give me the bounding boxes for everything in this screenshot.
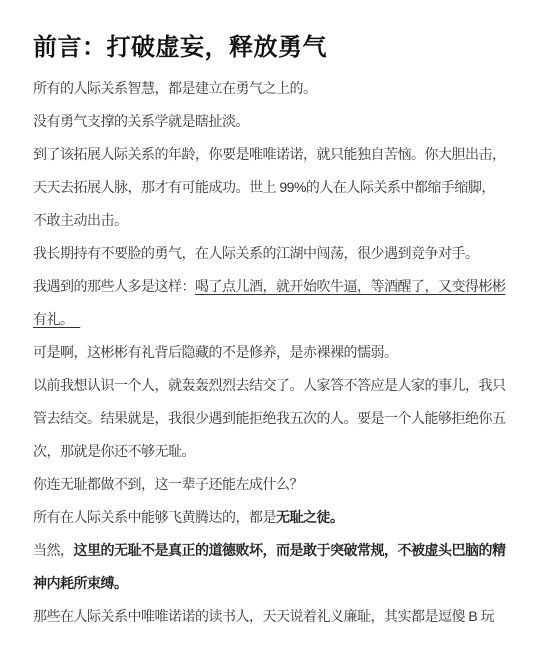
text-line: 天天去拓展人脉，那才有可能成功。世上 99%的人在人际关系中都缩手缩脚， [33, 171, 525, 204]
body-text: 当然， [33, 542, 74, 558]
text-line: 次，那就是你还不够无耻。 [33, 435, 525, 468]
bold-text: 这里的无耻不是真正的道德败坏，而是敢于突破常规，不被虚头巴脑的精 [74, 542, 506, 558]
text-line: 管去结交。结果就是，我很少遇到能拒绝我五次的人。要是一个人能够拒绝你五 [33, 402, 525, 435]
text-line: 可是啊，这彬彬有礼背后隐藏的不是修养，是赤裸裸的懦弱。 [33, 336, 525, 369]
body-text: 以前我想认识一个人，就轰轰烈烈去结交了。人家答不答应是人家的事儿，我只 [33, 377, 506, 393]
text-line: 没有勇气支撑的关系学就是瞎扯淡。 [33, 105, 525, 138]
bold-text: 神内耗所束缚。 [33, 575, 128, 591]
body-text: 到了该拓展人际关系的年龄，你要是唯唯诺诺，就只能独自苦恼。你大胆出击， [33, 146, 506, 162]
text-line: 不敢主动出击。 [33, 204, 525, 237]
text-line: 以前我想认识一个人，就轰轰烈烈去结交了。人家答不答应是人家的事儿，我只 [33, 369, 525, 402]
text-line: 所有的人际关系智慧，都是建立在勇气之上的。 [33, 72, 525, 105]
body-text: 那些在人际关系中唯唯诺诺的读书人，天天说着礼义廉耻，其实都是逗傻 B 玩 [33, 608, 494, 624]
page-title: 前言：打破虚妄，释放勇气 [33, 33, 327, 63]
underlined-text: 有礼。 [33, 311, 80, 327]
underlined-text: 喝了点儿酒，就开始吹牛逼，等酒醒了，又变得彬彬 [195, 278, 506, 294]
body-text: 天天去拓展人脉，那才有可能成功。世上 99%的人在人际关系中都缩手缩脚， [33, 179, 495, 195]
body-text: 不敢主动出击。 [33, 212, 128, 228]
text-line: 你连无耻都做不到，这一辈子还能左成什么？ [33, 468, 525, 501]
body-text: 次，那就是你还不够无耻。 [33, 443, 195, 459]
body-text: 所有的人际关系智慧，都是建立在勇气之上的。 [33, 80, 317, 96]
text-line: 有礼。 [33, 303, 525, 336]
text-line: 我遇到的那些人多是这样：喝了点儿酒，就开始吹牛逼，等酒醒了，又变得彬彬 [33, 270, 525, 303]
text-line: 所有在人际关系中能够飞黄腾达的，都是无耻之徒。 [33, 501, 525, 534]
body-text: 你连无耻都做不到，这一辈子还能左成什么？ [33, 476, 303, 492]
document-body: 所有的人际关系智慧，都是建立在勇气之上的。没有勇气支撑的关系学就是瞎扯淡。到了该… [33, 72, 525, 633]
body-text: 我遇到的那些人多是这样： [33, 278, 195, 294]
body-text: 我长期持有不要脸的勇气，在人际关系的江湖中闯荡，很少遇到竞争对手。 [33, 245, 479, 261]
body-text: 可是啊，这彬彬有礼背后隐藏的不是修养，是赤裸裸的懦弱。 [33, 344, 398, 360]
text-line: 我长期持有不要脸的勇气，在人际关系的江湖中闯荡，很少遇到竞争对手。 [33, 237, 525, 270]
body-text: 管去结交。结果就是，我很少遇到能拒绝我五次的人。要是一个人能够拒绝你五 [33, 410, 506, 426]
bold-text: 无耻之徒。 [276, 509, 344, 525]
article-page: 前言：打破虚妄，释放勇气 所有的人际关系智慧，都是建立在勇气之上的。没有勇气支撑… [0, 0, 537, 651]
body-text: 没有勇气支撑的关系学就是瞎扯淡。 [33, 113, 249, 129]
text-line: 那些在人际关系中唯唯诺诺的读书人，天天说着礼义廉耻，其实都是逗傻 B 玩 [33, 600, 525, 633]
text-line: 当然，这里的无耻不是真正的道德败坏，而是敢于突破常规，不被虚头巴脑的精 [33, 534, 525, 567]
text-line: 神内耗所束缚。 [33, 567, 525, 600]
text-line: 到了该拓展人际关系的年龄，你要是唯唯诺诺，就只能独自苦恼。你大胆出击， [33, 138, 525, 171]
body-text: 所有在人际关系中能够飞黄腾达的，都是 [33, 509, 276, 525]
